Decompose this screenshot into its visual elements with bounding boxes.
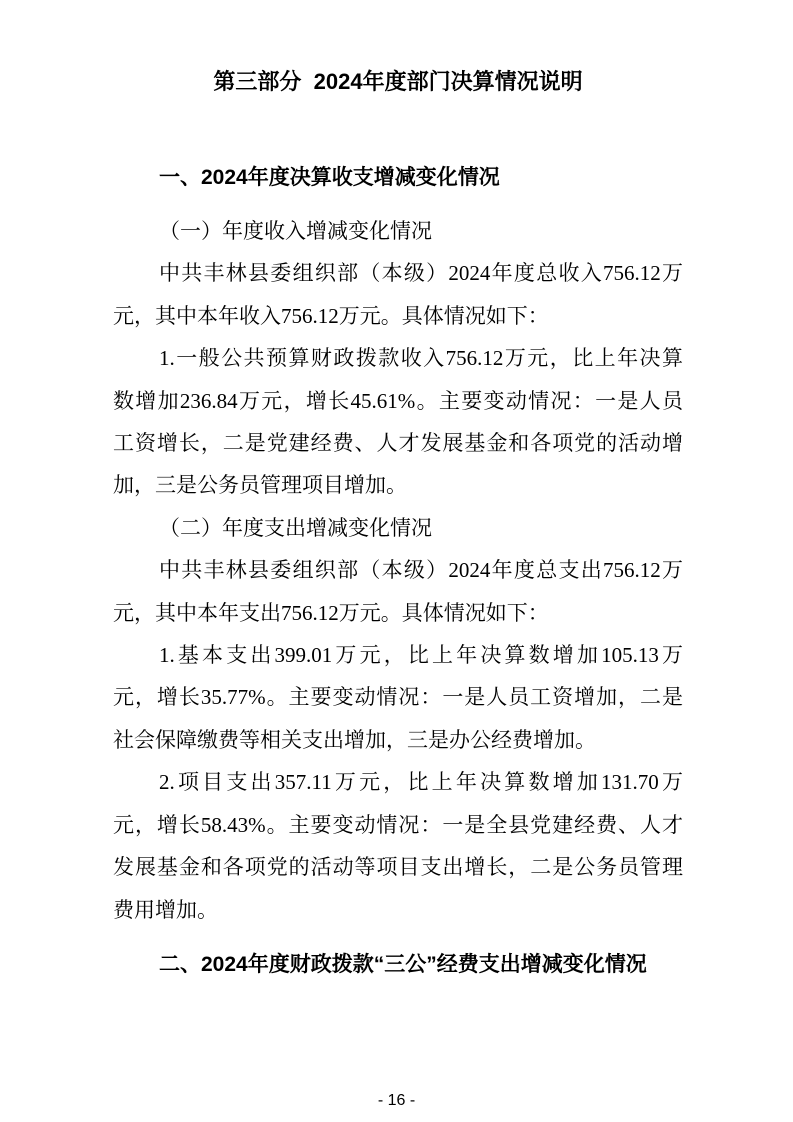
paragraph-line: 元，其中本年支出756.12万元。具体情况如下： xyxy=(113,592,683,634)
paragraph-line: 费用增加。 xyxy=(113,889,683,931)
paragraph-line: 加，三是公务员管理项目增加。 xyxy=(113,464,683,506)
paragraph-line: 2.项目支出357.11万元，比上年决算数增加131.70万 xyxy=(113,761,683,803)
document-title: 第三部分 2024年度部门决算情况说明 xyxy=(113,64,683,100)
paragraph-line: 1.一般公共预算财政拨款收入756.12万元，比上年决算 xyxy=(113,337,683,379)
paragraph-line: 元，增长35.77%。主要变动情况：一是人员工资增加，二是 xyxy=(113,676,683,718)
paragraph-line: 工资增长，二是党建经费、人才发展基金和各项党的活动增 xyxy=(113,422,683,464)
document-page: 第三部分 2024年度部门决算情况说明一、2024年度决算收支增减变化情况（一）… xyxy=(0,0,793,1122)
page-number: - 16 - xyxy=(378,1092,415,1109)
paragraph-line: 中共丰林县委组织部（本级）2024年度总支出756.12万 xyxy=(113,549,683,591)
paragraph-line: 元，其中本年收入756.12万元。具体情况如下： xyxy=(113,295,683,337)
page-footer: - 16 - xyxy=(0,1092,793,1110)
paragraph-line: 中共丰林县委组织部（本级）2024年度总收入756.12万 xyxy=(113,252,683,294)
document-body: 第三部分 2024年度部门决算情况说明一、2024年度决算收支增减变化情况（一）… xyxy=(113,0,683,983)
section-heading: 二、2024年度财政拨款“三公”经费支出增减变化情况 xyxy=(113,947,683,983)
paragraph-line: 社会保障缴费等相关支出增加，三是办公经费增加。 xyxy=(113,719,683,761)
paragraph-line: 1.基本支出399.01万元，比上年决算数增加105.13万 xyxy=(113,634,683,676)
paragraph-line: 元，增长58.43%。主要变动情况：一是全县党建经费、人才 xyxy=(113,804,683,846)
section-heading: 一、2024年度决算收支增减变化情况 xyxy=(113,160,683,196)
paragraph-line: 发展基金和各项党的活动等项目支出增长，二是公务员管理 xyxy=(113,846,683,888)
subsection-heading: （一）年度收入增减变化情况 xyxy=(113,210,683,252)
paragraph-line: 数增加236.84万元，增长45.61%。主要变动情况：一是人员 xyxy=(113,380,683,422)
subsection-heading: （二）年度支出增减变化情况 xyxy=(113,507,683,549)
